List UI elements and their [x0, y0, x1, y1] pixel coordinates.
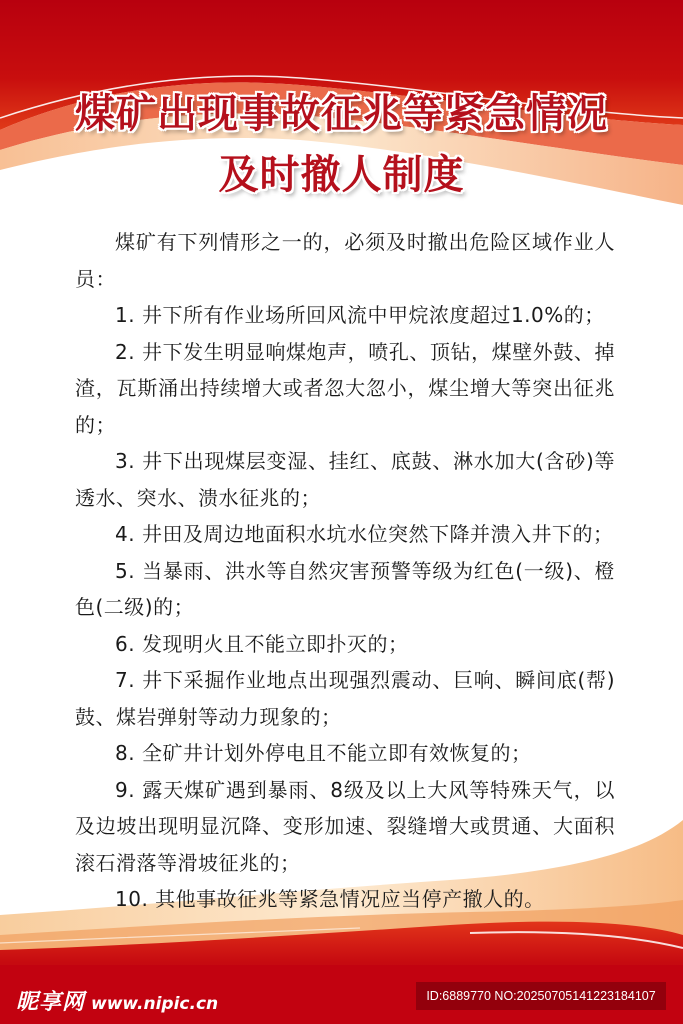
- list-item: 10. 其他事故征兆等紧急情况应当停产撤人的。: [75, 881, 615, 918]
- intro-paragraph: 煤矿有下列情形之一的，必须及时撤出危险区域作业人员：: [75, 224, 615, 297]
- list-item: 5. 当暴雨、洪水等自然灾害预警等级为红色(一级)、橙色(二级)的；: [75, 553, 615, 626]
- list-item: 1. 井下所有作业场所回风流中甲烷浓度超过1.0%的；: [75, 297, 615, 334]
- list-item: 7. 井下采掘作业地点出现强烈震动、巨响、瞬间底(帮)鼓、煤岩弹射等动力现象的；: [75, 662, 615, 735]
- logo-text: 昵享网: [16, 990, 85, 1015]
- list-item: 3. 井下出现煤层变湿、挂红、底鼓、淋水加大(含砂)等透水、突水、溃水征兆的；: [75, 443, 615, 516]
- image-id-badge: ID:6889770 NO:20250705141223184107: [416, 982, 666, 1010]
- regulation-body: 煤矿有下列情形之一的，必须及时撤出危险区域作业人员： 1. 井下所有作业场所回风…: [75, 224, 615, 918]
- list-item: 6. 发现明火且不能立即扑灭的；: [75, 626, 615, 663]
- page-title-line-2: 及时撤人制度: [0, 143, 683, 200]
- list-item: 4. 井田及周边地面积水坑水位突然下降并溃入井下的；: [75, 516, 615, 553]
- watermark-logo: 昵享网www.nipic.cn: [16, 985, 218, 1016]
- list-item: 9. 露天煤矿遇到暴雨、8级及以上大风等特殊天气，以及边坡出现明显沉降、变形加速…: [75, 772, 615, 882]
- page-title-line-1: 煤矿出现事故征兆等紧急情况: [0, 82, 683, 139]
- list-item: 8. 全矿井计划外停电且不能立即有效恢复的；: [75, 735, 615, 772]
- logo-url: www.nipic.cn: [91, 994, 218, 1014]
- list-item: 2. 井下发生明显响煤炮声，喷孔、顶钻，煤壁外鼓、掉渣，瓦斯涌出持续增大或者忽大…: [75, 334, 615, 444]
